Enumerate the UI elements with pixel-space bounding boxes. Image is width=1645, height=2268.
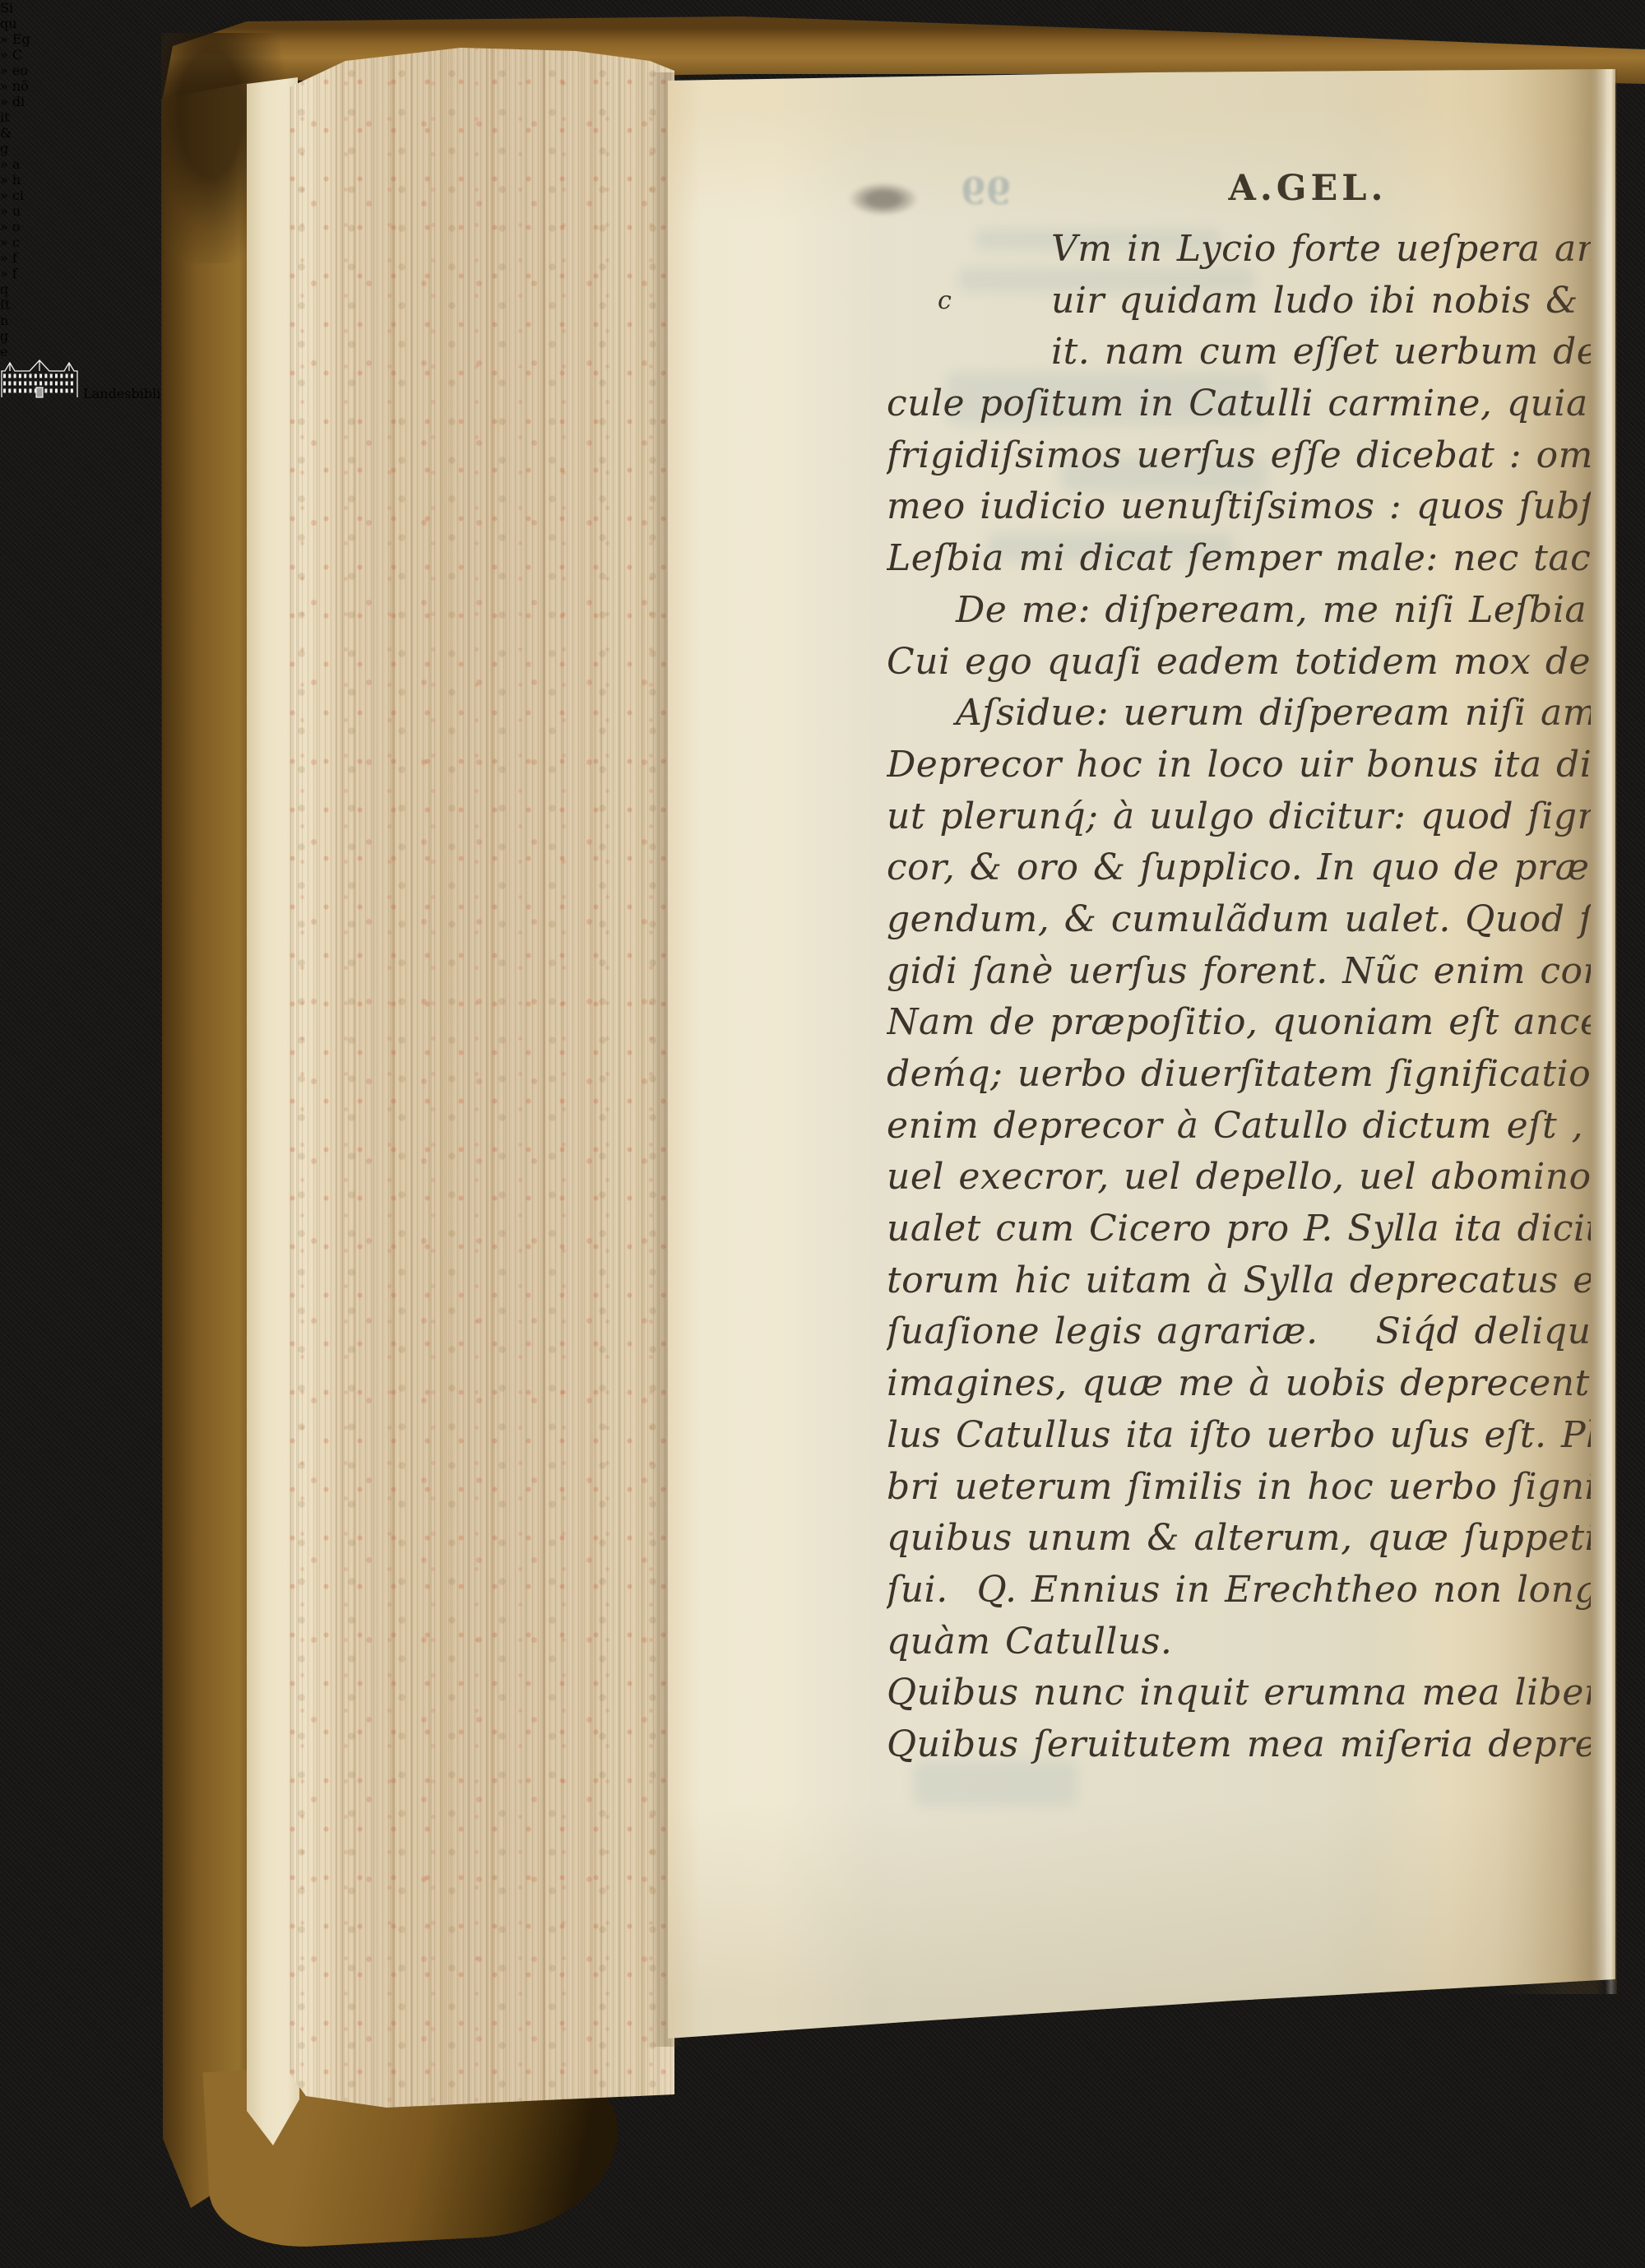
hinge-shadow — [0, 0, 1645, 2268]
book-photograph: 99 A.GEL. Vm in Lycio forte ueſpera ambu… — [0, 0, 1645, 2268]
